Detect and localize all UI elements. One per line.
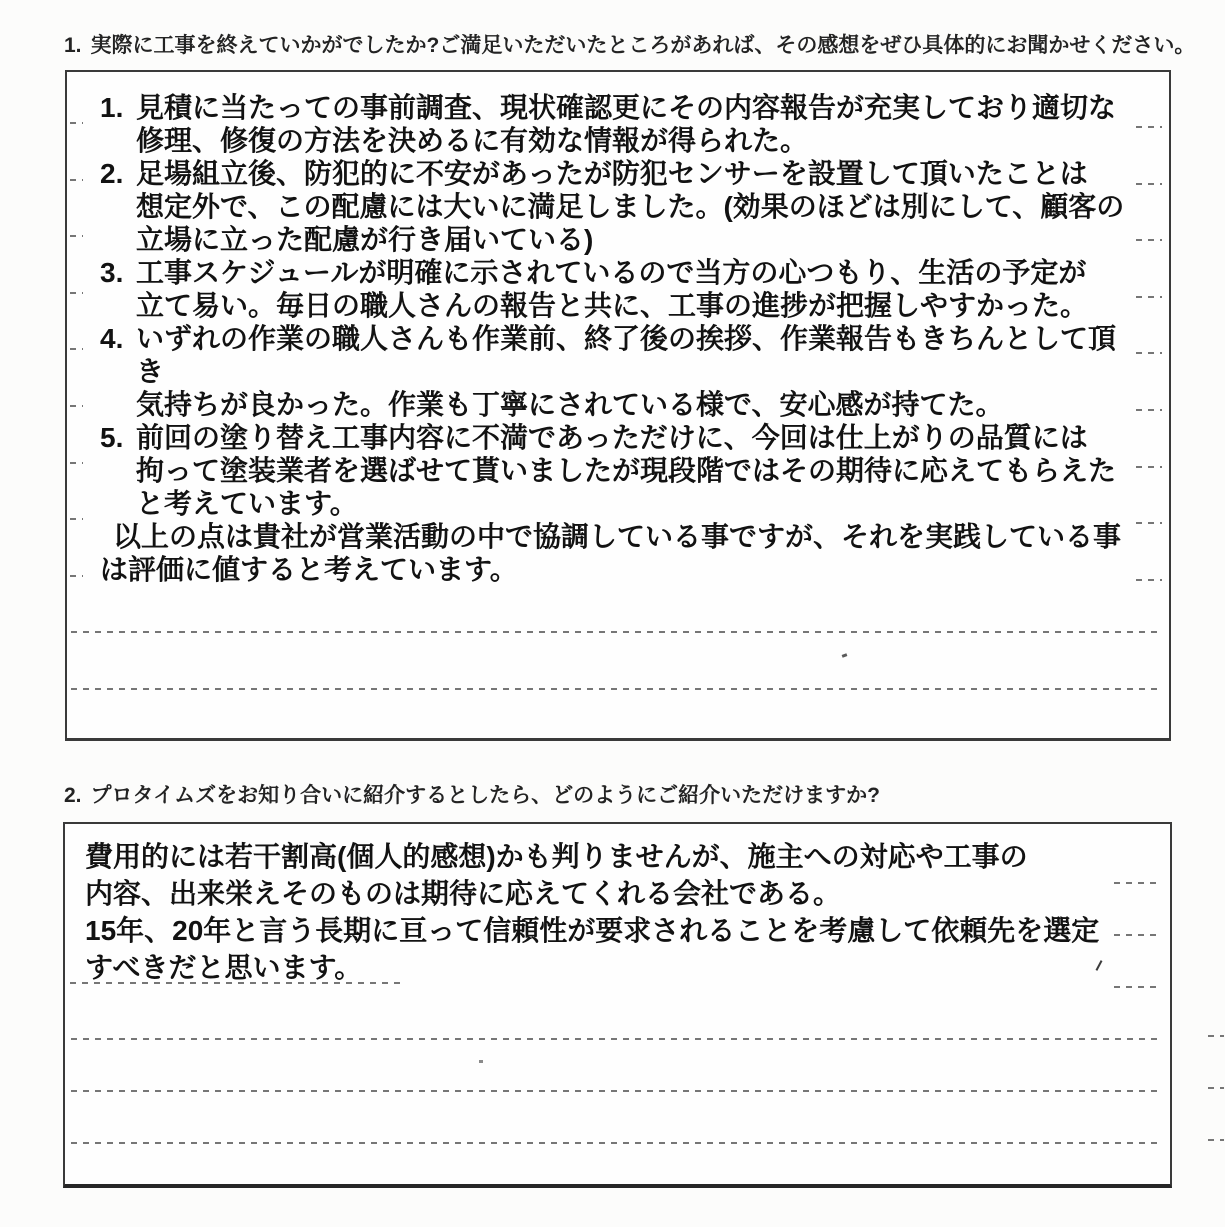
item-text: 足場組立後、防犯的に不安があったが防犯センサーを設置して頂いたことは 想定外で、… bbox=[136, 157, 1124, 256]
question-1-text: 実際に工事を終えていかがでしたか?ご満足いただいたところがあれば、その感想をぜひ… bbox=[91, 33, 1196, 59]
guide-line-stub bbox=[1136, 126, 1162, 128]
guide-line-stub bbox=[1136, 579, 1162, 581]
guide-line-stub bbox=[70, 292, 83, 294]
guide-line-stub bbox=[1208, 1087, 1224, 1089]
guide-line-stub bbox=[70, 462, 83, 464]
guide-line-stub bbox=[70, 122, 83, 124]
guide-line-stub bbox=[1114, 986, 1161, 988]
guide-line-stub bbox=[1208, 1139, 1224, 1141]
guide-line-stub bbox=[1136, 296, 1162, 298]
item-number: 3. bbox=[100, 256, 136, 322]
item-text: 見積に当たっての事前調査、現状確認更にその内容報告が充実しており適切な 修理、修… bbox=[136, 91, 1116, 157]
guide-line-stub bbox=[1136, 522, 1162, 524]
guide-line bbox=[71, 631, 1163, 633]
answer-box-1: 1. 見積に当たっての事前調査、現状確認更にその内容報告が充実しており適切な 修… bbox=[65, 70, 1171, 741]
guide-line-stub bbox=[1136, 352, 1162, 354]
question-2-number: 2. bbox=[64, 783, 82, 809]
scan-speck bbox=[842, 653, 848, 658]
guide-line-stub bbox=[1136, 183, 1162, 185]
guide-line-stub bbox=[70, 235, 83, 237]
answer-2-content: 費用的には若干割高(個人的感想)かも判りませんが、施主への対応や工事の 内容、出… bbox=[85, 838, 1130, 986]
guide-line bbox=[71, 1038, 1162, 1040]
guide-line-partial bbox=[70, 982, 402, 984]
guide-line-stub bbox=[1208, 1035, 1224, 1037]
guide-line bbox=[71, 1090, 1162, 1092]
guide-line-stub bbox=[70, 518, 83, 520]
answer-box-2: 費用的には若干割高(個人的感想)かも判りませんが、施主への対応や工事の 内容、出… bbox=[63, 822, 1172, 1188]
scan-speck bbox=[479, 1060, 483, 1063]
guide-line-stub bbox=[70, 179, 83, 181]
guide-line-stub bbox=[1114, 882, 1161, 884]
guide-line-stub bbox=[1136, 466, 1162, 468]
guide-line-stub bbox=[1114, 934, 1161, 936]
answer-1-item-3: 3. 工事スケジュールが明確に示されているので当方の心つもり、生活の予定が 立て… bbox=[100, 256, 1141, 322]
guide-line-stub bbox=[70, 348, 83, 350]
item-number: 5. bbox=[100, 421, 136, 520]
item-text: いずれの作業の職人さんも作業前、終了後の挨拶、作業報告もきちんとして頂き 気持ち… bbox=[136, 322, 1141, 421]
scanned-survey-page: 1. 実際に工事を終えていかがでしたか?ご満足いただいたところがあれば、その感想… bbox=[0, 0, 1225, 1227]
guide-line bbox=[71, 1142, 1162, 1144]
item-number: 1. bbox=[100, 91, 136, 157]
answer-1-closing: 以上の点は貴社が営業活動の中で協調している事ですが、それを実践している事 は評価… bbox=[100, 520, 1141, 586]
question-1-header: 1. 実際に工事を終えていかがでしたか?ご満足いただいたところがあれば、その感想… bbox=[64, 33, 1195, 59]
guide-line-stub bbox=[1136, 239, 1162, 241]
answer-1-item-2: 2. 足場組立後、防犯的に不安があったが防犯センサーを設置して頂いたことは 想定… bbox=[100, 157, 1141, 256]
question-2-text: プロタイムズをお知り合いに紹介するとしたら、どのようにご紹介いただけますか? bbox=[91, 783, 880, 809]
answer-1-item-1: 1. 見積に当たっての事前調査、現状確認更にその内容報告が充実しており適切な 修… bbox=[100, 91, 1141, 157]
item-text: 前回の塗り替え工事内容に不満であっただけに、今回は仕上がりの品質には 拘って塗装… bbox=[136, 421, 1116, 520]
item-text: 工事スケジュールが明確に示されているので当方の心つもり、生活の予定が 立て易い。… bbox=[136, 256, 1088, 322]
item-number: 2. bbox=[100, 157, 136, 256]
guide-line-stub bbox=[1136, 409, 1162, 411]
guide-line-stub bbox=[70, 405, 83, 407]
guide-line-stub bbox=[70, 575, 83, 577]
answer-1-item-5: 5. 前回の塗り替え工事内容に不満であっただけに、今回は仕上がりの品質には 拘っ… bbox=[100, 421, 1141, 520]
question-2-header: 2. プロタイムズをお知り合いに紹介するとしたら、どのようにご紹介いただけますか… bbox=[64, 783, 880, 809]
guide-line bbox=[71, 688, 1163, 690]
answer-1-item-4: 4. いずれの作業の職人さんも作業前、終了後の挨拶、作業報告もきちんとして頂き … bbox=[100, 322, 1141, 421]
question-1-number: 1. bbox=[64, 33, 82, 59]
answer-1-content: 1. 見積に当たっての事前調査、現状確認更にその内容報告が充実しており適切な 修… bbox=[100, 91, 1141, 586]
item-number: 4. bbox=[100, 322, 136, 421]
